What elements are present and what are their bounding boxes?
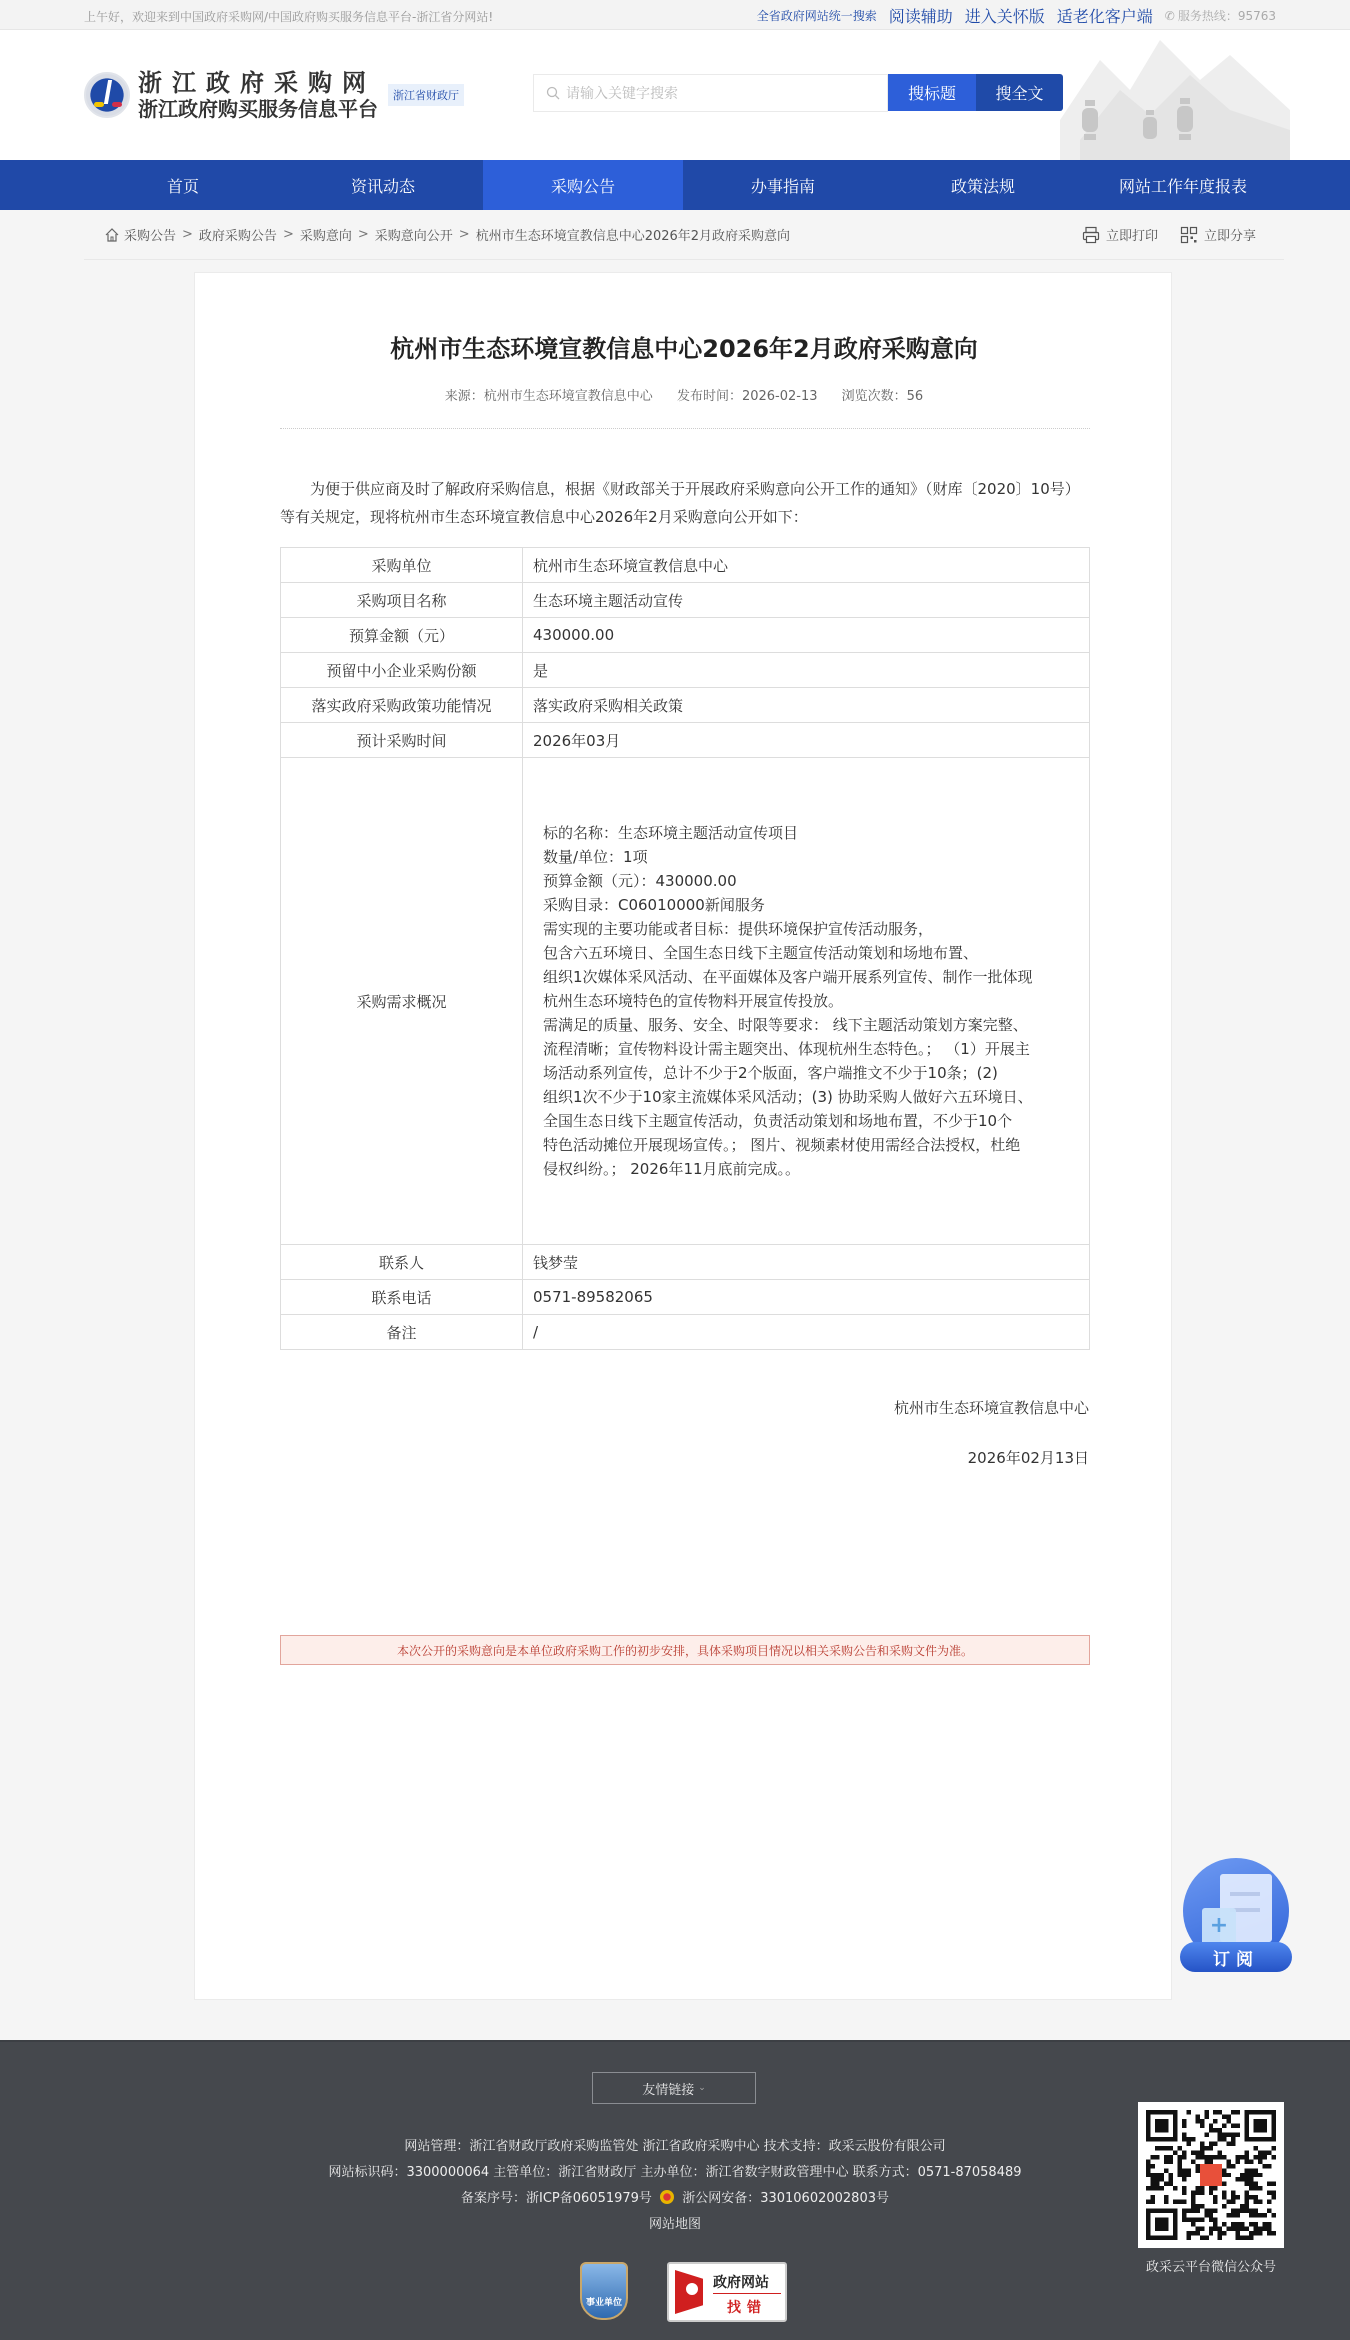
nav-item-guide[interactable]: 办事指南	[683, 160, 883, 210]
breadcrumb-item[interactable]: 政府采购公告	[199, 225, 277, 244]
requirement-line: 杭州生态环境特色的宣传物料开展宣传投放。	[543, 989, 1069, 1013]
disclaimer-notice: 本次公开的采购意向是本单位政府采购工作的初步安排，具体采购项目情况以相关采购公告…	[280, 1635, 1090, 1665]
row-value: 2026年03月	[523, 723, 1090, 758]
requirement-line: 组织1次媒体采风活动、在平面媒体及客户端开展系列宣传、制作一批体现	[543, 965, 1069, 989]
site-subname: 浙江政府购买服务信息平台	[138, 98, 378, 121]
row-key: 备注	[281, 1315, 523, 1350]
subscribe-button[interactable]: + 订阅	[1180, 1858, 1292, 1973]
breadcrumb-item[interactable]: 采购意向	[300, 225, 352, 244]
care-version-link[interactable]: 进入关怀版	[965, 4, 1045, 27]
breadcrumb-item[interactable]: 采购公告	[124, 225, 176, 244]
table-row: 预计采购时间2026年03月	[281, 723, 1090, 758]
search-bar: 请输入关键字搜索 搜标题 搜全文	[533, 74, 1063, 112]
article-source: 来源：杭州市生态环境宣教信息中心	[445, 389, 653, 404]
row-key: 联系人	[281, 1245, 523, 1280]
gov-site-error-report-badge[interactable]: 政府网站 找错	[667, 2262, 787, 2322]
phone-icon: ✆	[1165, 9, 1175, 23]
requirement-line: 数量/单位：1项	[543, 845, 1069, 869]
hotline-text: 服务热线：95763	[1178, 7, 1276, 24]
table-row: 采购单位杭州市生态环境宣教信息中心	[281, 548, 1090, 583]
home-icon[interactable]	[104, 227, 120, 243]
row-value: 落实政府采购相关政策	[523, 688, 1090, 723]
welcome-text: 上午好，欢迎来到中国政府采购网/中国政府购买服务信息平台-浙江省分网站!	[84, 8, 493, 25]
row-key: 预算金额（元）	[281, 618, 523, 653]
table-row: 联系电话0571-89582065	[281, 1280, 1090, 1315]
printer-icon	[1082, 226, 1100, 244]
row-value: 标的名称：生态环境主题活动宣传项目数量/单位：1项预算金额（元）：430000.…	[523, 758, 1090, 1245]
unified-search-link[interactable]: 全省政府网站统一搜索	[757, 7, 877, 24]
wechat-qr-code	[1138, 2102, 1284, 2248]
article-title: 杭州市生态环境宣教信息中心2026年2月政府采购意向	[195, 329, 1173, 364]
site-name: 浙江政府采购网	[138, 70, 378, 98]
requirement-summary: 标的名称：生态环境主题活动宣传项目数量/单位：1项预算金额（元）：430000.…	[533, 821, 1079, 1181]
row-value: /	[523, 1315, 1090, 1350]
table-row: 落实政府采购政策功能情况落实政府采购相关政策	[281, 688, 1090, 723]
requirement-line: 组织1次不少于10家主流媒体采风活动；(3) 协助采购人做好六五环境日、	[543, 1085, 1069, 1109]
breadcrumb: 采购公告> 政府采购公告> 采购意向> 采购意向公开> 杭州市生态环境宣教信息中…	[84, 225, 790, 244]
row-value: 是	[523, 653, 1090, 688]
top-bar: 上午好，欢迎来到中国政府采购网/中国政府购买服务信息平台-浙江省分网站! 全省政…	[0, 0, 1350, 30]
requirement-line: 需实现的主要功能或者目标：提供环境保护宣传活动服务，	[543, 917, 1069, 941]
nav-item-news[interactable]: 资讯动态	[283, 160, 483, 210]
search-placeholder: 请输入关键字搜索	[566, 83, 678, 103]
search-fulltext-button[interactable]: 搜全文	[976, 74, 1063, 111]
sitemap-link[interactable]: 网站地图	[649, 2217, 701, 2232]
row-key: 采购需求概况	[281, 758, 523, 1245]
reading-assist-link[interactable]: 阅读辅助	[889, 4, 953, 27]
row-key: 预计采购时间	[281, 723, 523, 758]
requirement-line: 侵权纠纷。； 2026年11月底前完成。。	[543, 1157, 1069, 1181]
dept-tag: 浙江省财政厅	[388, 84, 464, 106]
row-key: 落实政府采购政策功能情况	[281, 688, 523, 723]
subscribe-label: 订阅	[1180, 1942, 1292, 1972]
hotline: ✆ 服务热线：95763	[1165, 7, 1276, 24]
qr-code-icon	[1146, 2110, 1276, 2240]
print-label: 立即打印	[1106, 225, 1158, 244]
article-publish-time: 发布时间：2026-02-13	[677, 389, 818, 404]
row-value: 生态环境主题活动宣传	[523, 583, 1090, 618]
top-links: 全省政府网站统一搜索 阅读辅助 进入关怀版 适老化客户端 ✆ 服务热线：9576…	[757, 4, 1276, 27]
mountain-pagoda-decoration	[1060, 30, 1290, 160]
table-row: 备注/	[281, 1315, 1090, 1350]
row-value: 钱梦莹	[523, 1245, 1090, 1280]
row-key: 采购单位	[281, 548, 523, 583]
table-row: 预算金额（元）430000.00	[281, 618, 1090, 653]
table-row: 联系人钱梦莹	[281, 1245, 1090, 1280]
badge-unit-label: 事业单位	[586, 2295, 622, 2308]
site-logo[interactable]: 浙江政府采购网 浙江政府购买服务信息平台 浙江省财政厅	[84, 70, 464, 121]
article-intro: 为便于供应商及时了解政府采购信息，根据《财政部关于开展政府采购意向公开工作的通知…	[280, 475, 1090, 531]
table-row: 预留中小企业采购份额是	[281, 653, 1090, 688]
row-value: 430000.00	[523, 618, 1090, 653]
police-record-link[interactable]: 浙公网安备：33010602002803号	[682, 2191, 889, 2206]
emblem-icon	[84, 72, 130, 118]
requirement-line: 包含六五环境日、全国生态日线下主题宣传活动策划和场地布置、	[543, 941, 1069, 965]
row-key: 预留中小企业采购份额	[281, 653, 523, 688]
footer: 友情链接 ⌄ 网站管理：浙江省财政厅政府采购监管处 浙江省政府采购中心 技术支持…	[0, 2040, 1350, 2340]
magnifier-icon	[683, 2280, 701, 2298]
nav-item-annual-report[interactable]: 网站工作年度报表	[1083, 160, 1283, 210]
requirement-line: 预算金额（元）：430000.00	[543, 869, 1069, 893]
share-button[interactable]: 立即分享	[1180, 225, 1256, 244]
qr-label: 政采云平台微信公众号	[1118, 2256, 1304, 2275]
qr-share-icon	[1180, 226, 1198, 244]
icp-link[interactable]: 备案序号：浙ICP备06051979号	[461, 2191, 652, 2206]
requirement-line: 特色活动摊位开展现场宣传。； 图片、视频素材使用需经合法授权，杜绝	[543, 1133, 1069, 1157]
breadcrumb-item[interactable]: 采购意向公开	[375, 225, 453, 244]
friend-links-label: 友情链接	[642, 2079, 694, 2098]
requirement-line: 需满足的质量、服务、安全、时限等要求： 线下主题活动策划方案完整、	[543, 1013, 1069, 1037]
procurement-info-table: 采购单位杭州市生态环境宣教信息中心 采购项目名称生态环境主题活动宣传 预算金额（…	[280, 547, 1090, 1350]
requirement-line: 全国生态日线下主题宣传活动，负责活动策划和场地布置，不少于10个	[543, 1109, 1069, 1133]
article-meta: 来源：杭州市生态环境宣教信息中心 发布时间：2026-02-13 浏览次数：56	[195, 385, 1173, 404]
article-views: 浏览次数：56	[842, 389, 924, 404]
print-button[interactable]: 立即打印	[1082, 225, 1158, 244]
requirement-line: 场活动系列宣传，总计不少于2个版面，客户端推文不少于10条；(2)	[543, 1061, 1069, 1085]
search-title-button[interactable]: 搜标题	[888, 74, 976, 111]
search-input[interactable]: 请输入关键字搜索	[533, 74, 888, 112]
main-nav: 首页 资讯动态 采购公告 办事指南 政策法规 网站工作年度报表	[0, 160, 1350, 210]
elderly-client-link[interactable]: 适老化客户端	[1057, 4, 1153, 27]
nav-item-procurement[interactable]: 采购公告	[483, 160, 683, 210]
row-key: 采购项目名称	[281, 583, 523, 618]
requirement-line: 采购目录：C06010000新闻服务	[543, 893, 1069, 917]
divider	[280, 428, 1090, 429]
table-row: 采购项目名称生态环境主题活动宣传	[281, 583, 1090, 618]
header: 浙江政府采购网 浙江政府购买服务信息平台 浙江省财政厅 请输入关键字搜索 搜标题…	[0, 30, 1350, 160]
breadcrumb-bar: 采购公告> 政府采购公告> 采购意向> 采购意向公开> 杭州市生态环境宣教信息中…	[84, 210, 1284, 260]
table-row: 采购需求概况 标的名称：生态环境主题活动宣传项目数量/单位：1项预算金额（元）：…	[281, 758, 1090, 1245]
breadcrumb-current: 杭州市生态环境宣教信息中心2026年2月政府采购意向	[476, 225, 790, 244]
requirement-line: 标的名称：生态环境主题活动宣传项目	[543, 821, 1069, 845]
search-icon	[546, 86, 560, 100]
row-key: 联系电话	[281, 1280, 523, 1315]
badge-err-subtitle: 找错	[727, 2297, 767, 2317]
article-actions: 立即打印 立即分享	[1082, 225, 1284, 244]
police-badge-icon	[660, 2190, 674, 2204]
public-institution-badge[interactable]: 事业单位	[580, 2262, 628, 2320]
badge-err-title: 政府网站	[713, 2272, 769, 2292]
signature-org: 杭州市生态环境宣教信息中心	[894, 1397, 1089, 1418]
signature-date: 2026年02月13日	[968, 1447, 1089, 1468]
article-card: 杭州市生态环境宣教信息中心2026年2月政府采购意向 来源：杭州市生态环境宣教信…	[194, 272, 1172, 2000]
share-label: 立即分享	[1204, 225, 1256, 244]
nav-item-home[interactable]: 首页	[83, 160, 283, 210]
row-value: 0571-89582065	[523, 1280, 1090, 1315]
nav-item-policy[interactable]: 政策法规	[883, 160, 1083, 210]
row-value: 杭州市生态环境宣教信息中心	[523, 548, 1090, 583]
friend-links-dropdown[interactable]: 友情链接 ⌄	[592, 2072, 756, 2104]
chevron-down-icon: ⌄	[698, 2083, 706, 2093]
requirement-line: 流程清晰；宣传物料设计需主题突出、体现杭州生态特色。； （1）开展主	[543, 1037, 1069, 1061]
